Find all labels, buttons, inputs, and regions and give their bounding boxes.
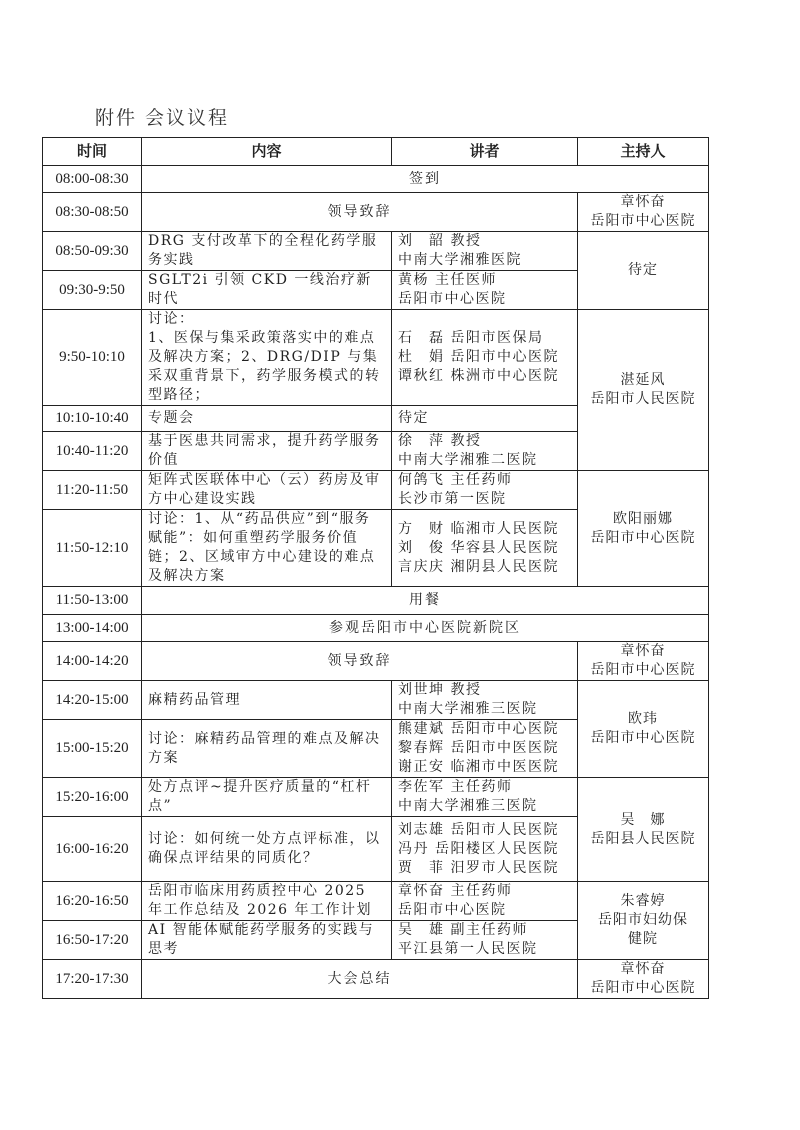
host-org: 岳阳市中心医院 [584,529,702,548]
host-org: 岳阳市中心医院 [584,212,702,231]
table-header-row: 时间 内容 讲者 主持人 [43,138,709,166]
content-cell: DRG 支付改革下的全程化药学服务实践 [142,232,392,271]
host-name: 待定 [584,261,702,280]
speaker-line: 刘世坤 教授 [398,681,571,700]
time-cell: 15:00-15:20 [43,720,142,778]
host-cell: 章怀奋 岳阳市中心医院 [578,960,709,999]
time-cell: 08:30-08:50 [43,193,142,232]
speaker-line: 吴 雄 副主任药师 [398,921,571,940]
host-org: 岳阳市中心医院 [584,979,702,998]
table-row: 9:50-10:10 讨论： 1、医保与集采政策落实中的难点及解决方案；2、DR… [43,310,709,406]
time-cell: 14:20-15:00 [43,681,142,720]
speaker-line: 刘志雄 岳阳市人民医院 [398,821,571,840]
time-cell: 08:50-09:30 [43,232,142,271]
speaker-line: 杜 娟 岳阳市中心医院 [398,348,571,367]
host-name: 湛延风 [584,371,702,390]
table-row: 11:50-13:00 用餐 [43,587,709,615]
host-name: 欧玮 [584,710,702,729]
speaker-line: 待定 [398,409,571,428]
speaker-line: 熊建斌 岳阳市中心医院 [398,720,571,739]
content-cell: 专题会 [142,406,392,432]
content-cell: 大会总结 [142,960,578,999]
host-org: 岳阳市人民医院 [584,390,702,409]
content-cell: AI 智能体赋能药学服务的实践与思考 [142,921,392,960]
table-row: 13:00-14:00 参观岳阳市中心医院新院区 [43,615,709,642]
speaker-cell: 何鸽飞 主任药师长沙市第一医院 [392,471,578,510]
content-cell: 麻精药品管理 [142,681,392,720]
content-cell: 用餐 [142,587,709,615]
time-cell: 16:50-17:20 [43,921,142,960]
speaker-line: 石 磊 岳阳市医保局 [398,329,571,348]
speaker-line: 何鸽飞 主任药师 [398,471,571,490]
speaker-line: 岳阳市中心医院 [398,290,571,309]
table-row: 08:50-09:30 DRG 支付改革下的全程化药学服务实践 刘 韶 教授中南… [43,232,709,271]
header-speaker: 讲者 [392,138,578,166]
speaker-line: 贾 菲 汨罗市人民医院 [398,859,571,878]
table-row: 17:20-17:30 大会总结 章怀奋 岳阳市中心医院 [43,960,709,999]
speaker-cell: 徐 萍 教授中南大学湘雅二医院 [392,432,578,471]
content-cell: SGLT2i 引领 CKD 一线治疗新时代 [142,271,392,310]
header-host: 主持人 [578,138,709,166]
speaker-line: 谭秋红 株洲市中心医院 [398,367,571,386]
speaker-line: 徐 萍 教授 [398,432,571,451]
speaker-cell: 黄杨 主任医师岳阳市中心医院 [392,271,578,310]
time-cell: 10:40-11:20 [43,432,142,471]
host-name: 朱睿婷 [584,892,702,911]
content-cell: 讨论：1、从“药品供应”到“服务赋能”：如何重塑药学服务价值链；2、区域审方中心… [142,510,392,587]
time-cell: 11:20-11:50 [43,471,142,510]
host-org: 岳阳市中心医院 [584,729,702,748]
time-cell: 14:00-14:20 [43,642,142,681]
speaker-line: 言庆庆 湘阴县人民医院 [398,558,571,577]
host-cell: 欧阳丽娜 岳阳市中心医院 [578,471,709,587]
host-cell: 待定 [578,232,709,310]
speaker-line: 中南大学湘雅三医院 [398,700,571,719]
host-cell: 吴 娜 岳阳县人民医院 [578,778,709,882]
speaker-line: 黎春辉 岳阳市中医医院 [398,739,571,758]
speaker-cell: 刘 韶 教授中南大学湘雅医院 [392,232,578,271]
host-org: 岳阳市妇幼保健院 [584,911,702,949]
time-cell: 9:50-10:10 [43,310,142,406]
content-cell: 基于医患共同需求，提升药学服务价值 [142,432,392,471]
content-cell: 岳阳市临床用药质控中心 2025 年工作总结及 2026 年工作计划 [142,882,392,921]
table-row: 08:30-08:50 领导致辞 章怀奋 岳阳市中心医院 [43,193,709,232]
time-cell: 08:00-08:30 [43,166,142,193]
speaker-line: 中南大学湘雅医院 [398,251,571,270]
speaker-line: 刘 俊 华容县人民医院 [398,539,571,558]
speaker-cell: 吴 雄 副主任药师平江县第一人民医院 [392,921,578,960]
time-cell: 16:20-16:50 [43,882,142,921]
speaker-cell: 刘世坤 教授中南大学湘雅三医院 [392,681,578,720]
content-cell: 讨论：麻精药品管理的难点及解决方案 [142,720,392,778]
host-cell: 章怀奋 岳阳市中心医院 [578,193,709,232]
time-cell: 11:50-13:00 [43,587,142,615]
speaker-line: 岳阳市中心医院 [398,901,571,920]
host-cell: 湛延风 岳阳市人民医院 [578,310,709,471]
time-cell: 15:20-16:00 [43,778,142,817]
speaker-cell: 方 财 临湘市人民医院刘 俊 华容县人民医院言庆庆 湘阴县人民医院 [392,510,578,587]
speaker-cell: 刘志雄 岳阳市人民医院冯丹 岳阳楼区人民医院贾 菲 汨罗市人民医院 [392,817,578,882]
table-row: 14:00-14:20 领导致辞 章怀奋 岳阳市中心医院 [43,642,709,681]
speaker-cell: 待定 [392,406,578,432]
host-cell: 欧玮 岳阳市中心医院 [578,681,709,778]
host-name: 章怀奋 [584,960,702,979]
table-row: 08:00-08:30 签到 [43,166,709,193]
table-row: 15:20-16:00 处方点评~提升医疗质量的“杠杆点” 李佐军 主任药师中南… [43,778,709,817]
agenda-table: 时间 内容 讲者 主持人 08:00-08:30 签到 08:30-08:50 … [42,137,709,999]
speaker-cell: 章怀奋 主任药师岳阳市中心医院 [392,882,578,921]
host-name: 章怀奋 [584,642,702,661]
time-cell: 11:50-12:10 [43,510,142,587]
speaker-line: 中南大学湘雅二医院 [398,451,571,470]
speaker-line: 谢正安 临湘市中医医院 [398,758,571,777]
speaker-line: 方 财 临湘市人民医院 [398,520,571,539]
host-cell: 章怀奋 岳阳市中心医院 [578,642,709,681]
time-cell: 09:30-9:50 [43,271,142,310]
speaker-line: 冯丹 岳阳楼区人民医院 [398,840,571,859]
speaker-line: 长沙市第一医院 [398,490,571,509]
content-cell: 处方点评~提升医疗质量的“杠杆点” [142,778,392,817]
speaker-line: 李佐军 主任药师 [398,778,571,797]
document-title: 附件 会议议程 [95,103,229,130]
header-time: 时间 [43,138,142,166]
table-row: 16:20-16:50 岳阳市临床用药质控中心 2025 年工作总结及 2026… [43,882,709,921]
time-cell: 17:20-17:30 [43,960,142,999]
speaker-cell: 石 磊 岳阳市医保局杜 娟 岳阳市中心医院谭秋红 株洲市中心医院 [392,310,578,406]
host-name: 章怀奋 [584,193,702,212]
content-cell: 领导致辞 [142,642,578,681]
speaker-cell: 李佐军 主任药师中南大学湘雅三医院 [392,778,578,817]
host-cell: 朱睿婷 岳阳市妇幼保健院 [578,882,709,960]
host-name: 欧阳丽娜 [584,510,702,529]
speaker-line: 章怀奋 主任药师 [398,882,571,901]
speaker-line: 黄杨 主任医师 [398,271,571,290]
content-cell: 参观岳阳市中心医院新院区 [142,615,709,642]
content-cell: 讨论：如何统一处方点评标准，以确保点评结果的同质化？ [142,817,392,882]
time-cell: 13:00-14:00 [43,615,142,642]
host-org: 岳阳市中心医院 [584,661,702,680]
host-name: 吴 娜 [584,811,702,830]
content-cell: 矩阵式医联体中心（云）药房及审方中心建设实践 [142,471,392,510]
header-content: 内容 [142,138,392,166]
content-cell: 领导致辞 [142,193,578,232]
speaker-line: 平江县第一人民医院 [398,940,571,959]
host-org: 岳阳县人民医院 [584,830,702,849]
content-cell: 签到 [142,166,709,193]
time-cell: 16:00-16:20 [43,817,142,882]
speaker-cell: 熊建斌 岳阳市中心医院黎春辉 岳阳市中医医院谢正安 临湘市中医医院 [392,720,578,778]
speaker-line: 刘 韶 教授 [398,232,571,251]
table-row: 11:20-11:50 矩阵式医联体中心（云）药房及审方中心建设实践 何鸽飞 主… [43,471,709,510]
time-cell: 10:10-10:40 [43,406,142,432]
speaker-line: 中南大学湘雅三医院 [398,797,571,816]
content-cell: 讨论： 1、医保与集采政策落实中的难点及解决方案；2、DRG/DIP 与集采双重… [142,310,392,406]
table-row: 14:20-15:00 麻精药品管理 刘世坤 教授中南大学湘雅三医院 欧玮 岳阳… [43,681,709,720]
